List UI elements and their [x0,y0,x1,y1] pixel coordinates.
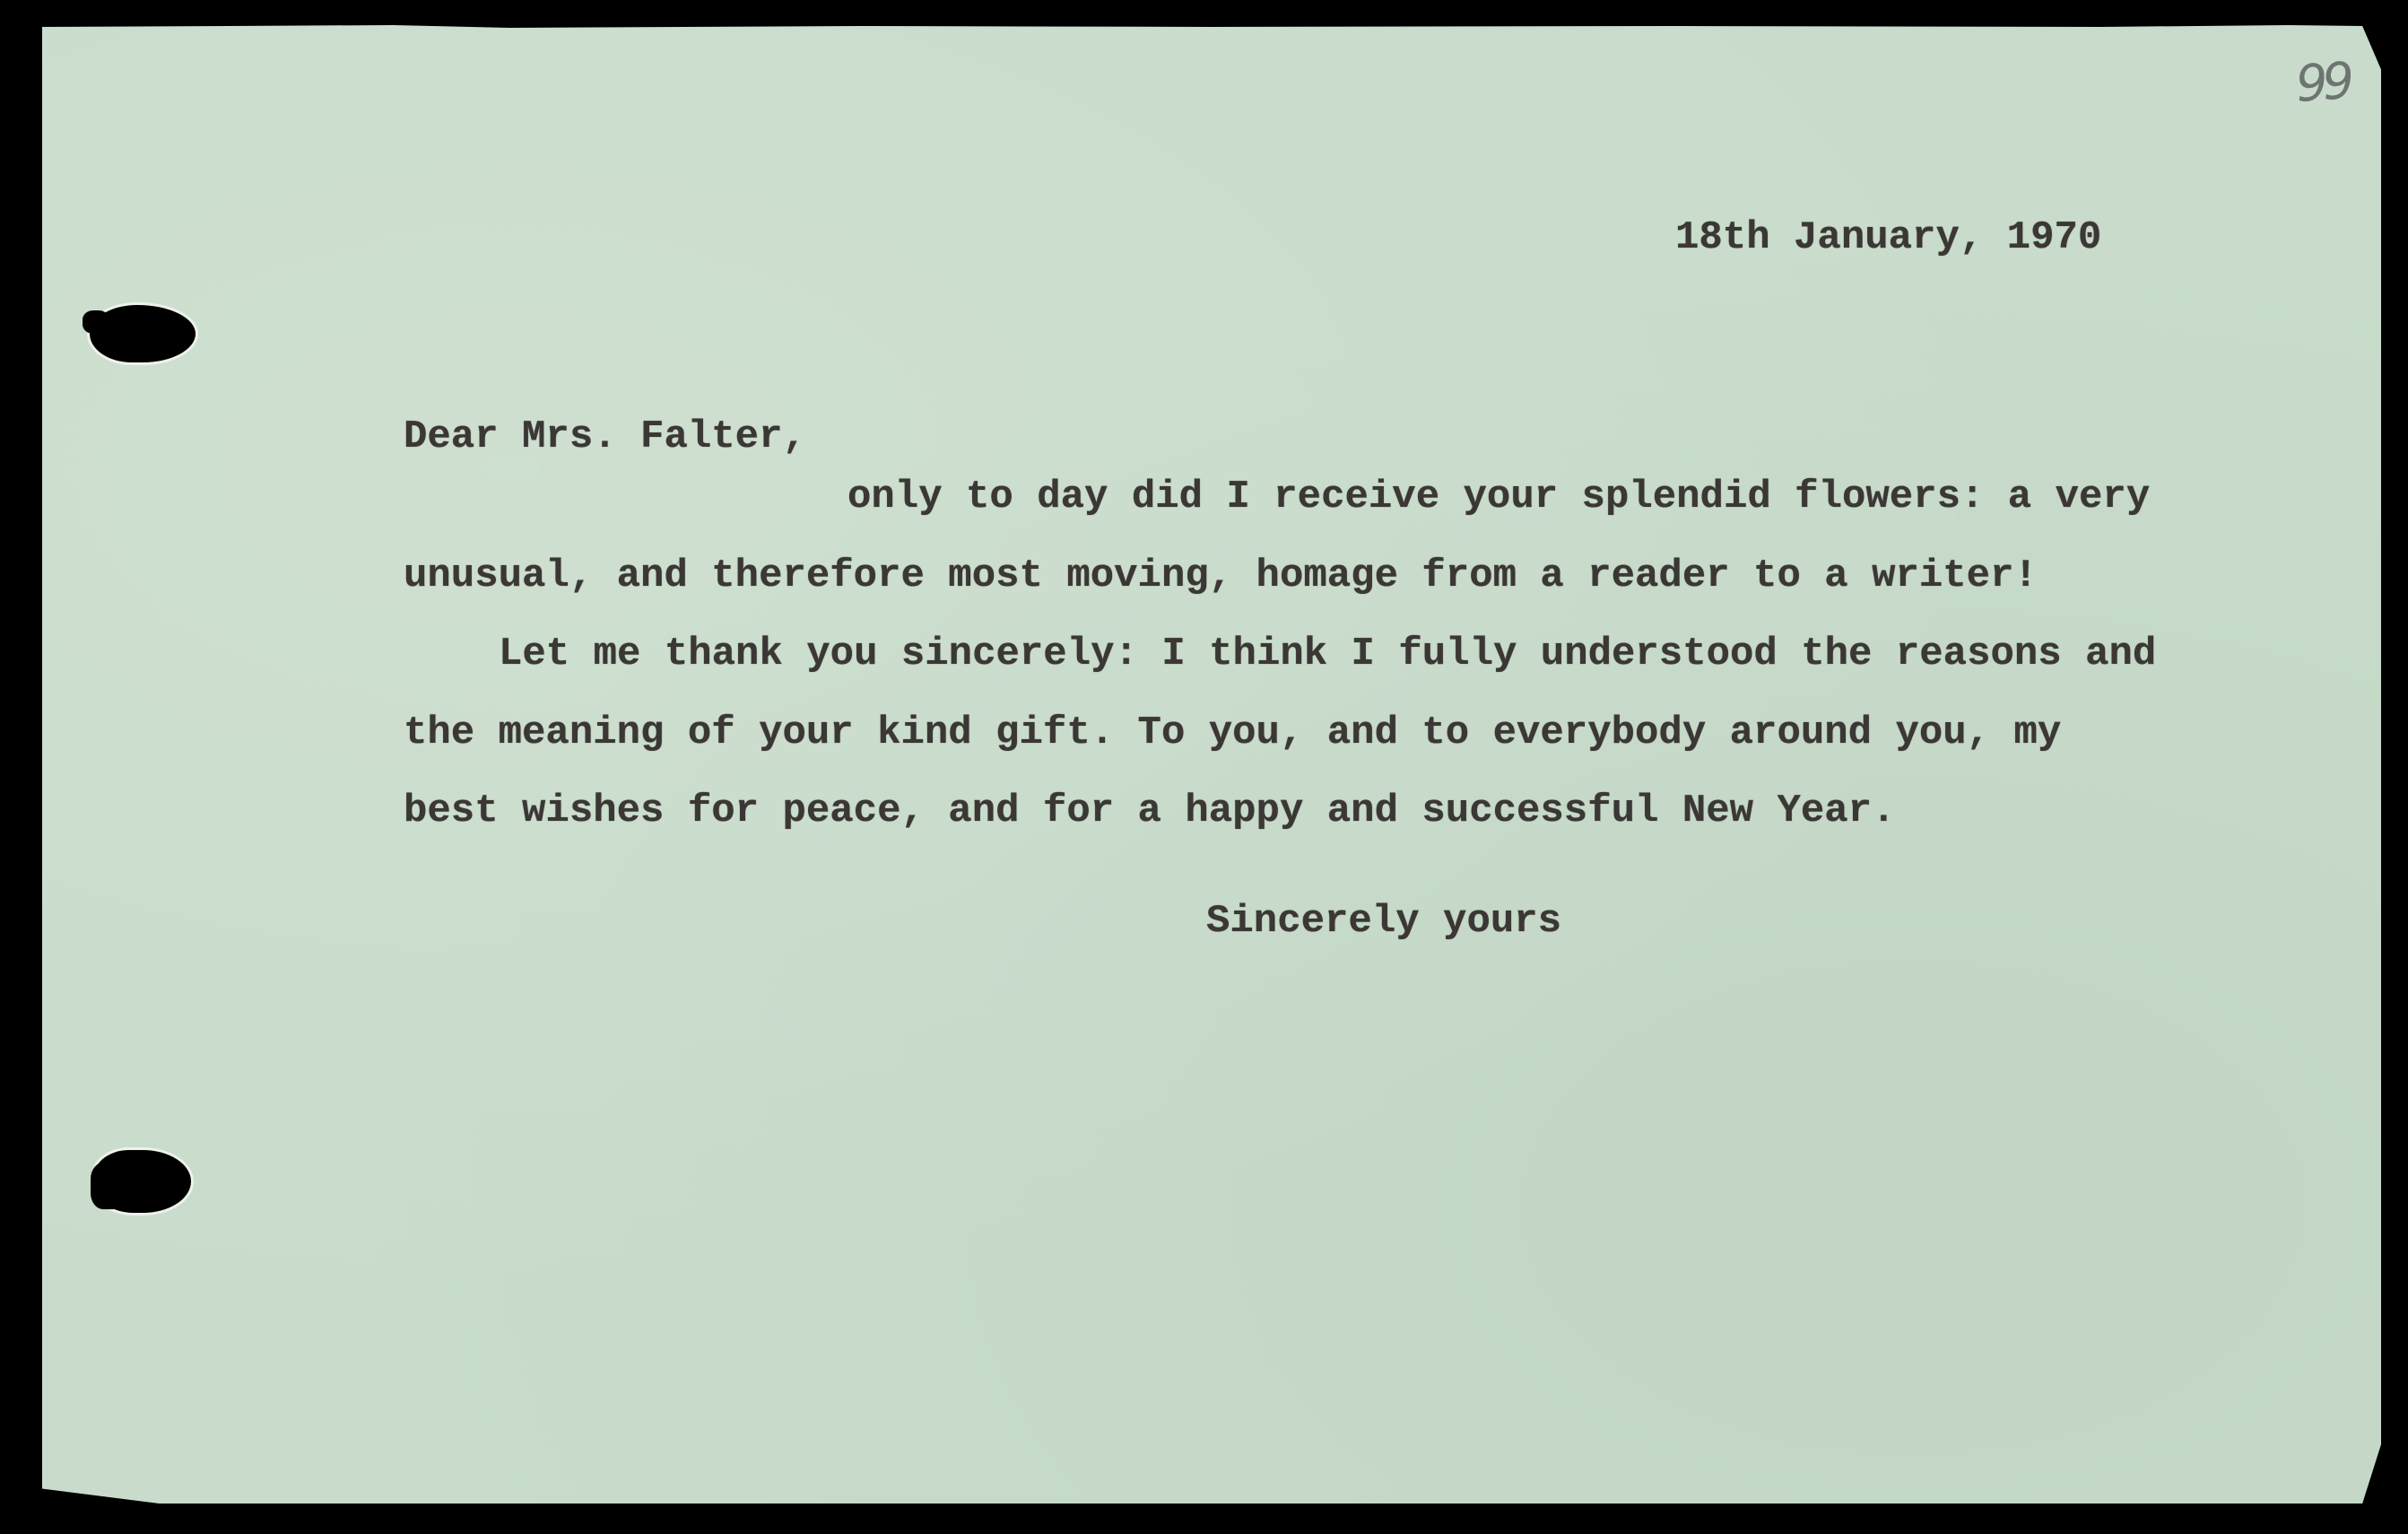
salutation: Dear Mrs. Falter, [404,417,806,457]
body-line: unusual, and therefore most moving, homa… [404,556,2038,596]
punch-hole-top [90,305,196,362]
page-number: 99 [2294,52,2351,114]
body-line: only to day did I receive your splendid … [848,477,2150,517]
punch-hole-bottom [94,1150,191,1213]
body-line: best wishes for peace, and for a happy a… [404,791,1895,831]
body-line: Let me thank you sincerely: I think I fu… [499,634,2156,674]
closing: Sincerely yours [1206,902,1561,941]
body-line: the meaning of your kind gift. To you, a… [404,713,2061,753]
letter-date: 18th January, 1970 [1675,218,2101,257]
document-scan: 99 18th January, 1970 Dear Mrs. Falter, … [0,0,2408,1534]
